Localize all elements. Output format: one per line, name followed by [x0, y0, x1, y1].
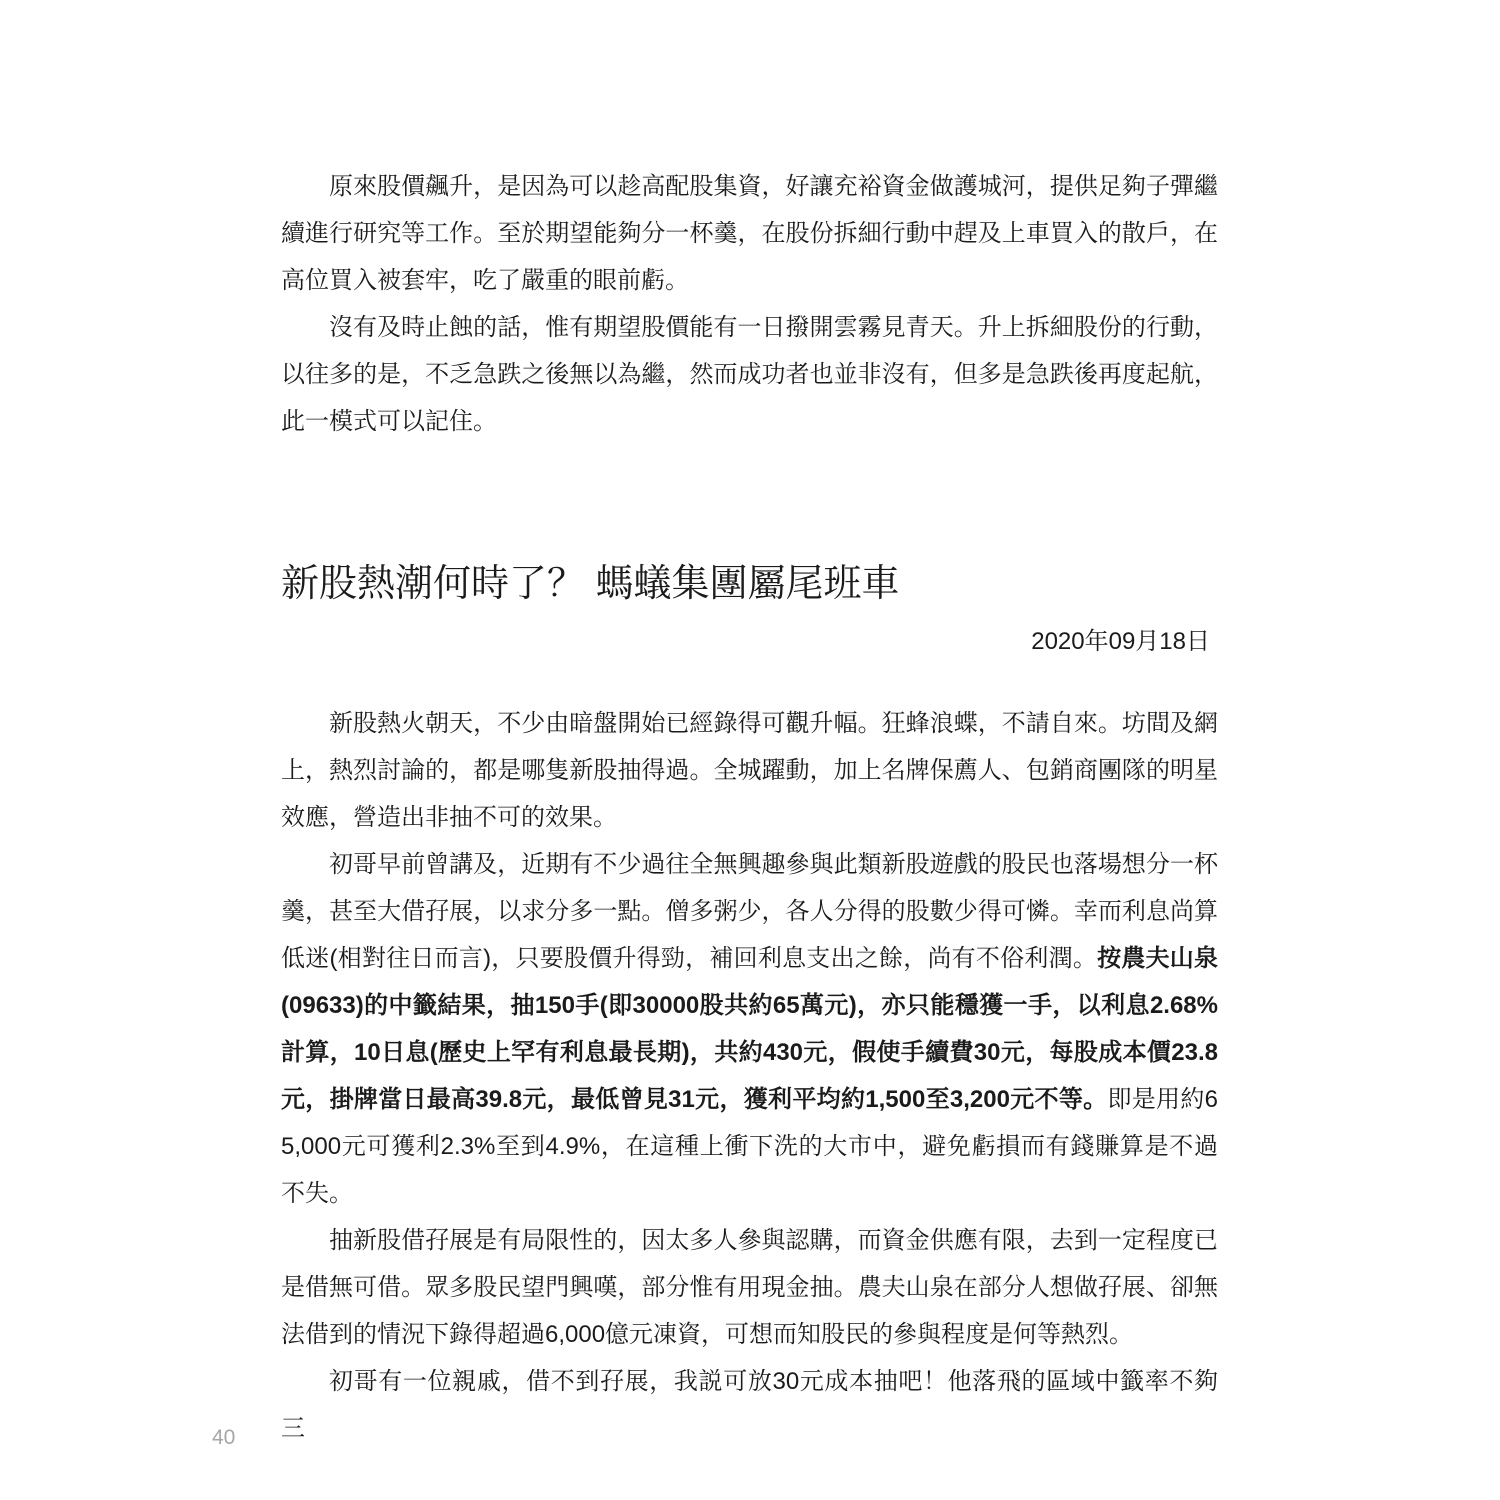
article-paragraph-3: 抽新股借孖展是有局限性的，因太多人參與認購，而資金供應有限，去到一定程度已是借無… — [281, 1217, 1218, 1358]
paragraph-segment-regular: 初哥早前曾講及，近期有不少過往全無興趣參與此類新股遊戲的股民也落場想分一杯羹，甚… — [281, 851, 1218, 972]
page-number: 40 — [212, 1426, 235, 1450]
intro-paragraph-1: 原來股價飆升，是因為可以趁高配股集資，好讓充裕資金做護城河，提供足夠子彈繼續進行… — [281, 163, 1218, 304]
intro-section: 原來股價飆升，是因為可以趁高配股集資，好讓充裕資金做護城河，提供足夠子彈繼續進行… — [281, 163, 1218, 445]
intro-paragraph-2: 沒有及時止蝕的話，惟有期望股價能有一日撥開雲霧見青天。升上拆細股份的行動，以往多… — [281, 304, 1218, 445]
article-paragraph-1: 新股熱火朝天，不少由暗盤開始已經錄得可觀升幅。狂蜂浪蝶，不請自來。坊間及網上，熱… — [281, 700, 1218, 841]
article-body: 新股熱火朝天，不少由暗盤開始已經錄得可觀升幅。狂蜂浪蝶，不請自來。坊間及網上，熱… — [281, 700, 1218, 1452]
book-page: 原來股價飆升，是因為可以趁高配股集資，好讓充裕資金做護城河，提供足夠子彈繼續進行… — [0, 0, 1500, 1500]
article-paragraph-4: 初哥有一位親戚，借不到孖展，我説可放30元成本抽吧！他落飛的區域中籤率不夠三 — [281, 1358, 1218, 1452]
article-title: 新股熱潮何時了？ 螞蟻集團屬尾班車 — [281, 556, 1218, 612]
article-date: 2020年09月18日 — [281, 618, 1218, 665]
article-paragraph-2: 初哥早前曾講及，近期有不少過往全無興趣參與此類新股遊戲的股民也落場想分一杯羹，甚… — [281, 841, 1218, 1217]
